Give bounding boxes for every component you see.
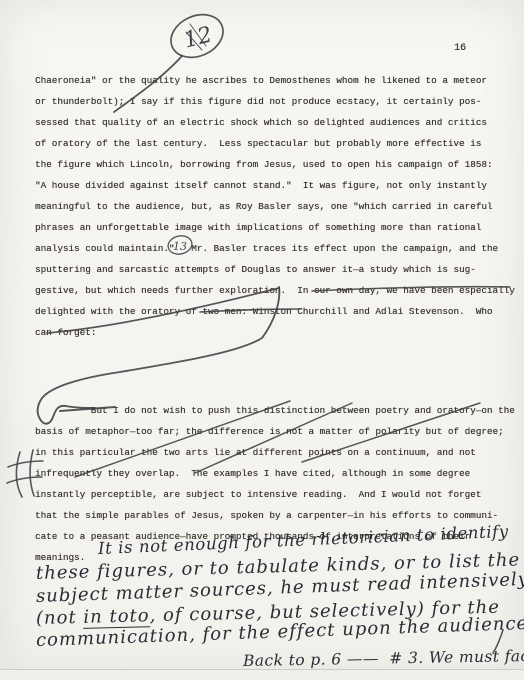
- page-number: 16: [454, 43, 466, 54]
- typed-line: infrequently they overlap. The examples …: [35, 468, 470, 480]
- typed-line: analysis could maintain." Mr. Basler tra…: [35, 243, 498, 255]
- typed-line: sessed that quality of an electric shock…: [35, 117, 487, 129]
- typed-line: meaningful to the audience, but, as Roy …: [35, 201, 492, 213]
- insert-number-text: 12: [181, 22, 214, 53]
- typed-line: of oratory of the last century. Less spe…: [35, 138, 481, 150]
- handwritten-note: Back to p. 6 —— # 3. We must face: [243, 647, 524, 670]
- typed-line: or thunderbolt); I say if this figure di…: [35, 96, 481, 108]
- typed-line: phrases an unforgettable image with impl…: [35, 222, 481, 234]
- handwritten-fragment: (not: [36, 607, 84, 629]
- typed-line: in this particular the two arts lie at d…: [35, 447, 476, 459]
- typed-line: "A house divided against itself cannot s…: [35, 180, 487, 192]
- typed-line: that the simple parables of Jesus, spoke…: [35, 510, 498, 522]
- typed-line: basis of metaphor—too far; the differenc…: [35, 426, 504, 438]
- manuscript-page: 16 Chaeroneia" or the quality he ascribe…: [0, 0, 524, 680]
- typed-line: delighted with the oratory of two men: W…: [35, 306, 492, 318]
- typed-line: But I do not wish to push this distincti…: [35, 405, 515, 417]
- typed-line: instantly perceptible, are subject to in…: [35, 489, 481, 501]
- typed-line: the figure which Lincoln, borrowing from…: [35, 159, 492, 171]
- handwritten-underlined-phrase: in toto: [83, 605, 150, 629]
- typed-line: can forget:: [35, 327, 96, 339]
- typed-line: sputtering and sarcastic attempts of Dou…: [35, 264, 476, 276]
- typed-line: Chaeroneia" or the quality he ascribes t…: [35, 75, 487, 87]
- typed-line: gestive, but which needs further explora…: [35, 285, 515, 297]
